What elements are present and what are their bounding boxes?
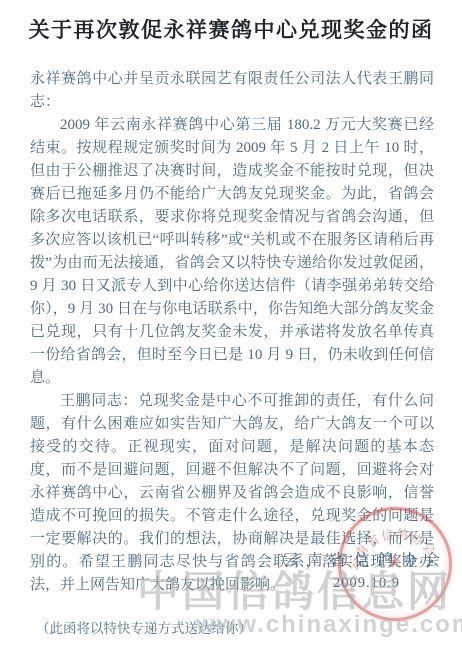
site-watermark-url: www.chinaxinge.com xyxy=(196,611,462,639)
page-title: 关于再次敦促永祥赛鸽中心兑现奖金的函 xyxy=(0,0,462,45)
body-paragraph: 2009 年云南永祥赛鸽中心第三届 180.2 万元大奖赛已经结束。按规程规定颁… xyxy=(30,114,434,390)
site-watermark-text: 中国信鸽信息网 xyxy=(137,570,452,614)
salutation-line: 永祥赛鸽中心并呈贡永联园艺有限责任公司法人代表王鹏同志： xyxy=(30,68,434,114)
document-page: 关于再次敦促永祥赛鸽中心兑现奖金的函 永祥赛鸽中心并呈贡永联园艺有限责任公司法人… xyxy=(0,0,462,650)
signature-organization: 云南省信鸽协会 xyxy=(283,548,448,570)
